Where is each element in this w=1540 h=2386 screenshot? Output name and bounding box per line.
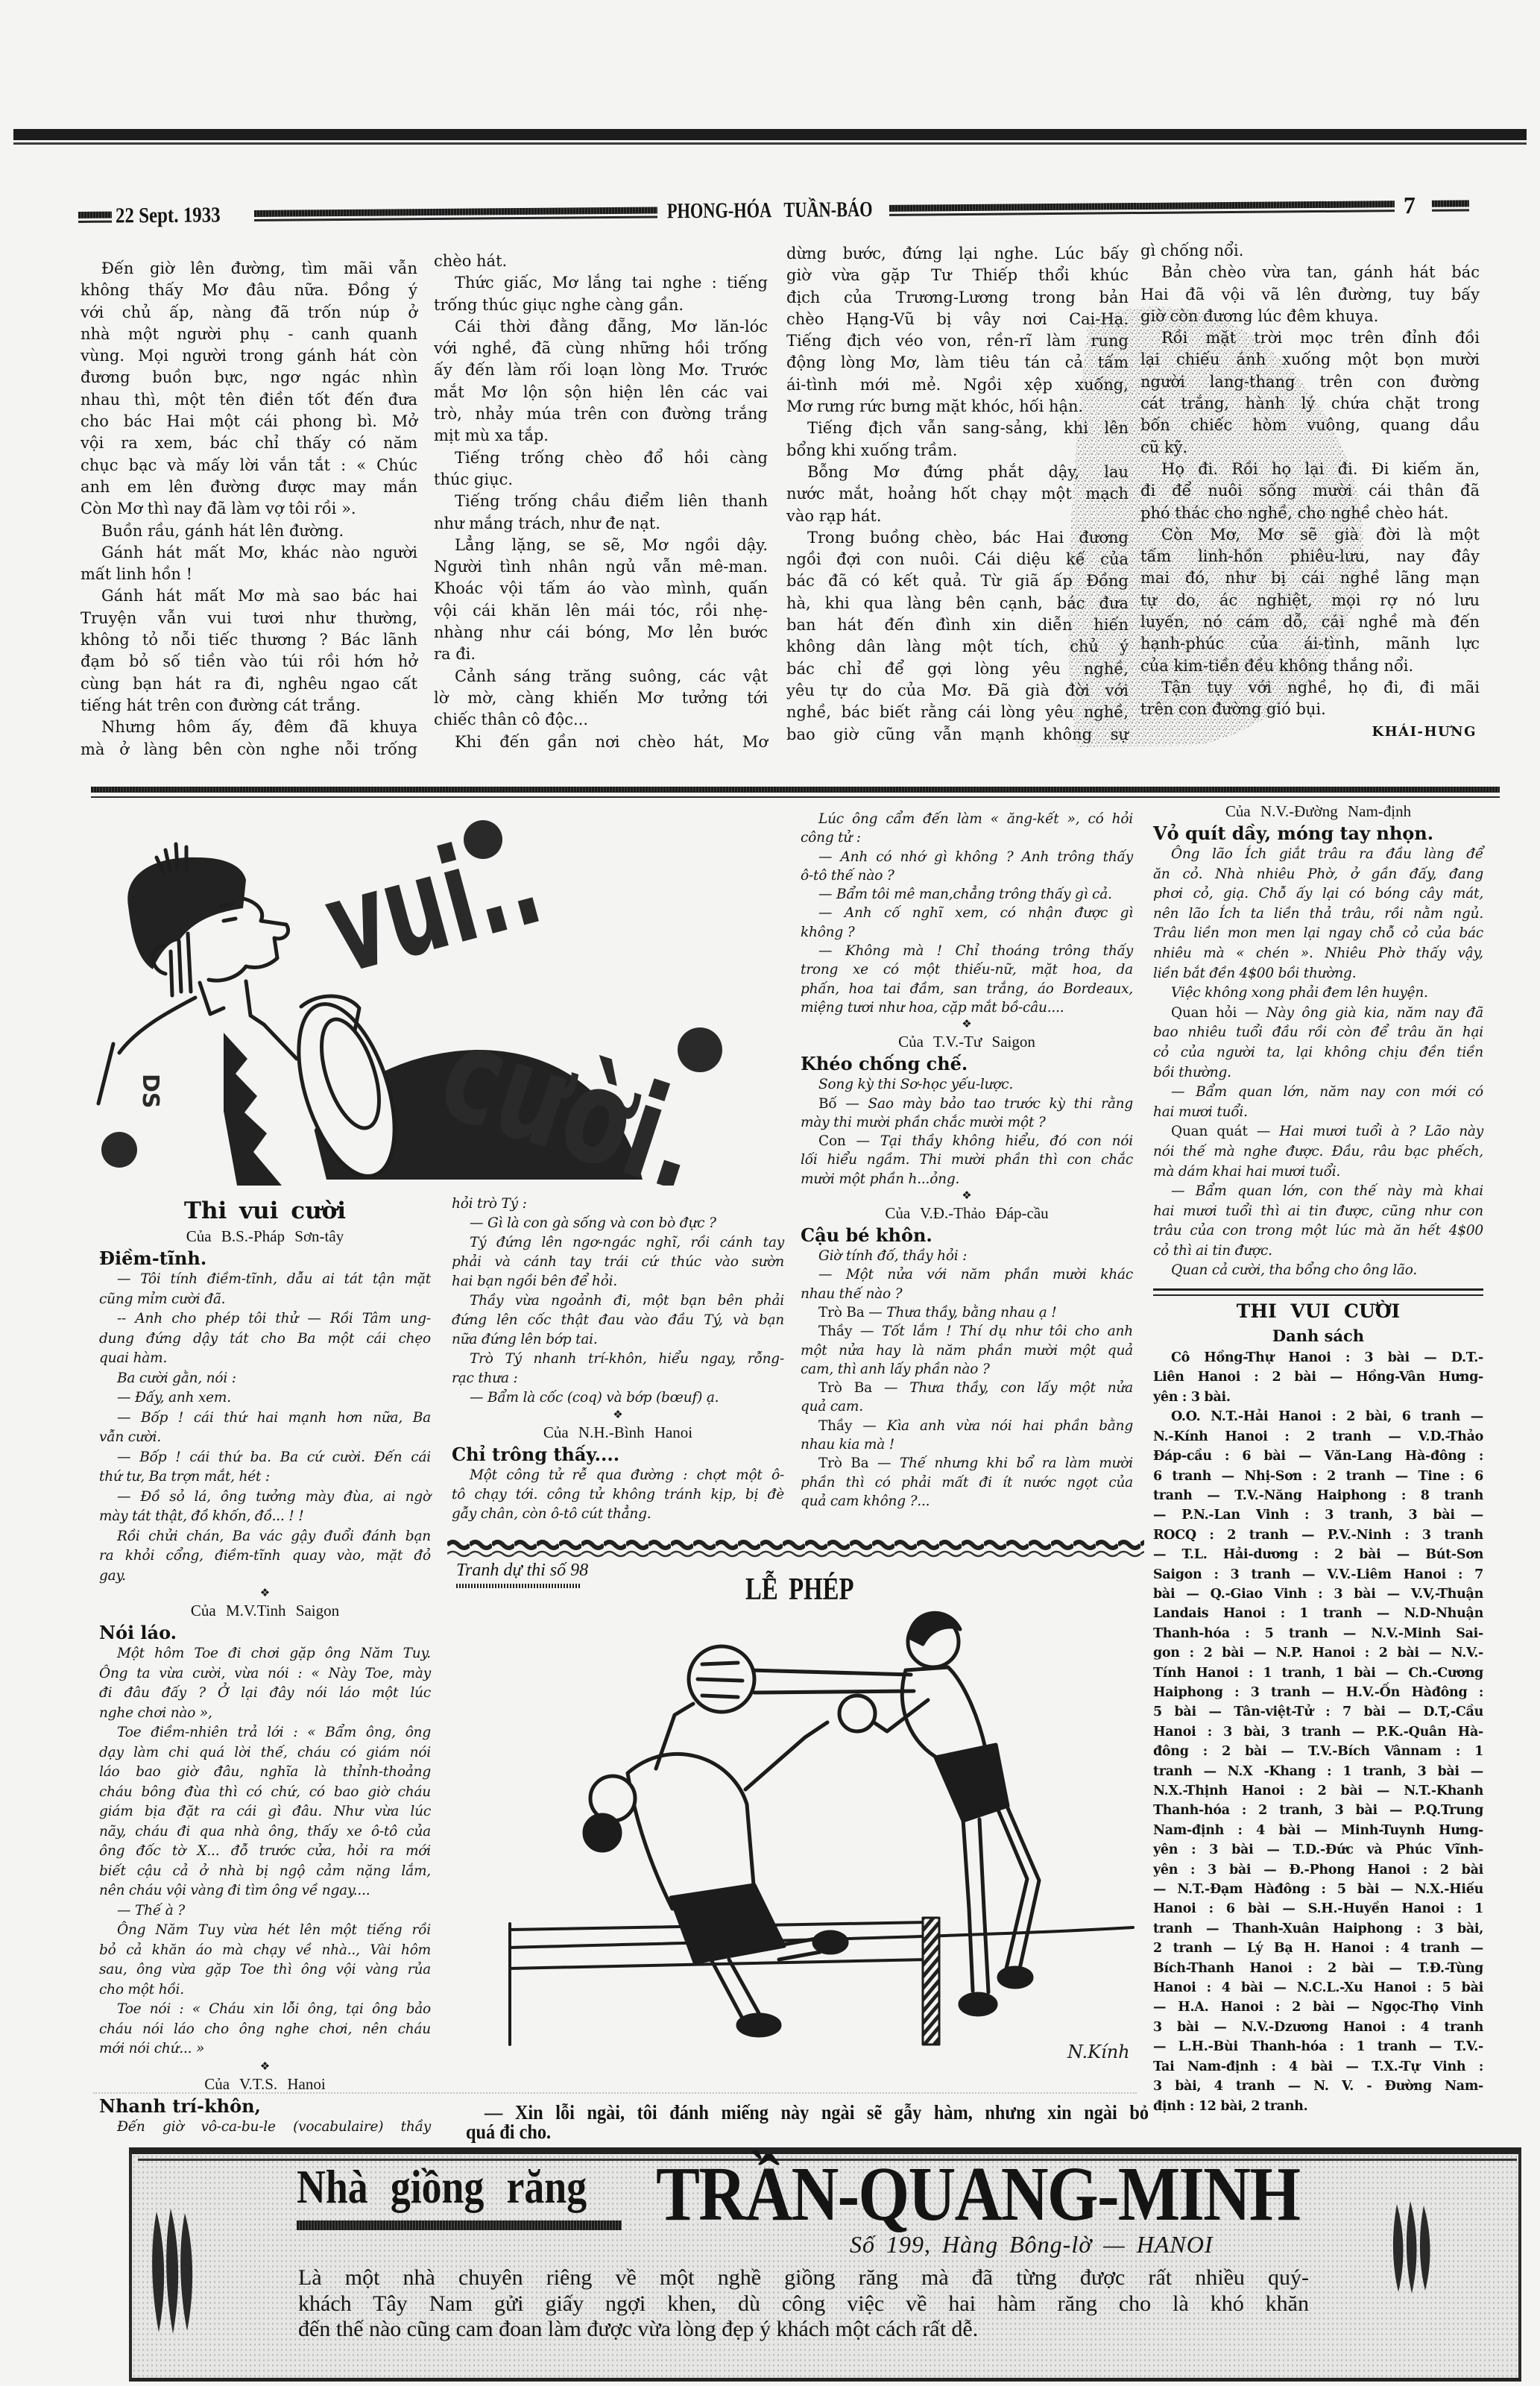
text-line: bồi thường. xyxy=(1153,1063,1483,1083)
text-line: — L.H.-Bùi Thanh-hóa : 1 tranh — T.V.- xyxy=(1153,2037,1483,2056)
joke-paragraph: Rồi chửi chán, Ba vác gậy đuổi đánh bạnr… xyxy=(99,1527,431,1587)
text-line: mới nói chứ... » xyxy=(99,2039,431,2059)
text-line: lờ mờ, càng khiến Mơ tưởng tới xyxy=(434,687,768,709)
text-line: dung đứng dậy tát cho Ba một cái chẹo xyxy=(99,1329,431,1350)
text-line: giám bịa đặt ra cái gì đâu. Như vừa lúc xyxy=(99,1802,431,1822)
text-line: hỏi trò Tý : xyxy=(452,1194,784,1214)
text-line: liền bắt đền 4$00 bồi thường. xyxy=(1153,964,1483,984)
joke-paragraph: — Một nửa với năm phần mười khácnhau thế… xyxy=(801,1265,1133,1303)
text-line: 3 bài — N.V.-Dzương Hanoi : 4 tranh xyxy=(1153,2018,1483,2037)
joke-heading: Điềm-tĩnh. xyxy=(99,1247,431,1270)
text-line: trên con đường gió bụi. xyxy=(1140,699,1480,720)
joke-paragraph: Toe nói : « Cháu xin lỗi ông, tại ông bả… xyxy=(99,2000,431,2059)
text-line: bỏ cả khăn áo mà chạy về nhà.., Vài hôm xyxy=(99,1941,431,1961)
text-line: yêu tự do của Mơ. Đã già đời với xyxy=(786,680,1129,702)
text-line: — N.T.-Đạm Hàđông : 5 bài — N.X.-Hiếu xyxy=(1153,1880,1483,1899)
text-line: Tý đứng lên ngơ-ngác nghĩ, rồi cánh tay xyxy=(452,1233,784,1253)
wavy-divider xyxy=(447,1537,1144,1560)
text-line: tiếng hát trên con đường cát trắng. xyxy=(81,695,417,717)
text-line: — T.L. Hải-dương : 2 bài — Bút-Sơn xyxy=(1153,1545,1483,1564)
text-line: O.O. N.T.-Hải Hanoi : 2 bài, 6 tranh — xyxy=(1153,1407,1483,1426)
text-line: Tiếng địch véo von, rền-rĩ làm rung xyxy=(786,330,1129,352)
byline: Của N.V.-Đường Nam-định xyxy=(1153,800,1483,822)
text-line: tấm linh-hồn phiêu-lưu, nay đây xyxy=(1140,546,1480,567)
joke-paragraph: Thầy — Kìa anh vừa nói hai phần bằngnhau… xyxy=(801,1417,1133,1455)
ornament-icon xyxy=(99,2059,431,2073)
ornament-icon xyxy=(801,1189,1133,1202)
tooth-decoration-icon xyxy=(1386,2200,1439,2297)
text-line: Thanh-hóa : 2 tranh, 3 bài — P.Q.Trung xyxy=(1153,1801,1483,1820)
text-line: phơi cỏ, giạ. Chỗ ấy lại có bóng cây mát… xyxy=(1153,884,1483,904)
story-column-3: dừng bước, đứng lại nghe. Lúc bấygiờ vừa… xyxy=(786,243,1129,746)
story-paragraph: Gánh hát mất Mơ mà sao bác haiTruyện vẫn… xyxy=(81,585,417,717)
vui-cuoi-illustration: vui.. cười. DS xyxy=(89,805,790,1186)
text-line: biết cậu cả ở nhà bị ngộ cảm nặng lắm, xyxy=(99,1862,431,1882)
text-line: cho bác Hai một cái phong bì. Mở xyxy=(81,411,417,432)
text-line: Hanoi : 6 bài — S.H.-Huyền Hanoi : 1 xyxy=(1153,1899,1483,1918)
text-line: địch của Trương-Lương trong bản xyxy=(786,287,1129,309)
boxer-left xyxy=(584,1704,847,2036)
text-line: Một hôm Toe đi chơi gặp ông Năm Tuy. xyxy=(99,1644,431,1664)
text-line: Cái thời đằng đẵng, Mơ lăn-lóc xyxy=(434,316,768,338)
advertisement-body-line: đến thế nào cũng cam đoan làm được vừa l… xyxy=(298,2317,1309,2342)
text-line: đi để nuôi sống mười cái thân đã xyxy=(1140,480,1480,502)
joke-paragraph: — Anh cố nghĩ xem, có nhận được gìkhông … xyxy=(801,904,1133,942)
text-line: bốn chiếc hòm vuông, quang dầu xyxy=(1140,415,1480,436)
text-line: — Bẩm tôi mê man,chẳng trông thấy gì cả. xyxy=(801,885,1133,904)
text-line: Đến giờ vô-ca-bu-le (vocabulaire) thầy xyxy=(99,2118,431,2138)
joke-heading: Chỉ trông thấy.... xyxy=(452,1444,784,1466)
text-line: ông đốc tờ X... đỗ trước cửa, hỏi ra mới xyxy=(99,1842,431,1862)
text-line: phó thác cho nghề, cho nghề chèo hát. xyxy=(1140,503,1480,524)
contest-label-underline xyxy=(456,1584,581,1588)
text-line: quả cam không ?... xyxy=(801,1492,1133,1511)
text-line: gì chống nổi. xyxy=(1140,240,1480,262)
text-line: Rồi chửi chán, Ba vác gậy đuổi đánh bạn xyxy=(99,1527,431,1547)
text-line: quai hàm. xyxy=(99,1349,431,1369)
masthead-rule xyxy=(1432,200,1469,207)
top-border-rule xyxy=(13,129,1527,140)
text-line: Họ đi. Rồi họ lại đi. Đi kiếm ăn, xyxy=(1140,459,1480,480)
page-number: 7 xyxy=(1404,192,1416,218)
byline: Của M.V.Tinh Saigon xyxy=(99,1599,431,1622)
story-paragraph: Nhưng hôm ấy, đêm đã khuyamà ở làng bên … xyxy=(81,717,417,761)
text-line: tự do, ác nghiệt, mọi rợ nó lưu xyxy=(1140,590,1480,611)
text-line: — Bẩm là cốc (coq) và bớp (bœuf) ạ. xyxy=(452,1388,784,1408)
dot-ornament xyxy=(101,1132,137,1168)
contest-label: Tranh dự thi số 98 xyxy=(456,1558,588,1582)
joke-paragraph: — Bốp ! cái thứ hai mạnh hơn nữa, Bavẫn … xyxy=(99,1408,431,1448)
text-line: cũ kỹ. xyxy=(1140,437,1480,459)
text-line: miệng tươi như hoa, cặp mắt bồ-câu.... xyxy=(801,998,1133,1017)
cartoon-frame-line xyxy=(93,2092,1137,2094)
text-line: ái-tình mới mẻ. Ngồi xệp xuống, xyxy=(786,374,1129,396)
humor-column-1: Thi vui cườiCủa B.S.-Pháp Sơn-tâyĐiềm-tĩ… xyxy=(99,1197,431,2137)
text-line: Ba cười gằn, nói : xyxy=(99,1369,431,1389)
text-line: dừng bước, đứng lại nghe. Lúc bấy xyxy=(786,243,1129,265)
text-line: gẫy chân, còn ô-tô cút thẳng. xyxy=(452,1505,784,1524)
joke-paragraph: — Thế à ? xyxy=(99,1901,431,1921)
joke-paragraph: — Bẩm tôi mê man,chẳng trông thấy gì cả. xyxy=(801,885,1133,904)
text-line: cam, thì anh lấy phần nào ? xyxy=(801,1360,1133,1379)
contributor-list: Cô Hồng-Thự Hanoi : 3 bài — D.T.-Liên Ha… xyxy=(1153,1348,1483,1407)
speaker-label: Thầy — xyxy=(818,1418,877,1434)
text-line: không thấy Mơ đâu nữa. Đồng ý xyxy=(81,280,417,301)
text-line: cát trắng, hành lý chứa chặt trong xyxy=(1140,393,1480,415)
story-paragraph: Tiếng địch vẫn sang-sảng, khi lênbổng kh… xyxy=(786,418,1129,462)
text-line: nữa đứng lên bớp tai. xyxy=(452,1330,784,1350)
joke-paragraph: — Không mà ! Chỉ thoáng trông thấytrong … xyxy=(801,942,1133,1017)
joke-paragraph: Tý đứng lên ngơ-ngác nghĩ, rồi cánh tayp… xyxy=(452,1233,784,1291)
text-line: của kim-tiền đều không thắng nổi. xyxy=(1140,655,1480,677)
issue-date: 22 Sept. 1933 xyxy=(116,201,221,229)
text-line: Nhưng hôm ấy, đêm đã khuya xyxy=(81,717,417,738)
story-paragraph: Trong buồng chèo, bác Hai đươngngồi đợi … xyxy=(786,527,1129,746)
text-line: một nửa hay là năm phần mười một quả xyxy=(801,1341,1133,1360)
text-line: tô chạy tới. công tử không tránh kịp, bị… xyxy=(452,1485,784,1505)
joke-paragraph: Trò Ba — Thưa thầy, con lấy một nửaquả c… xyxy=(801,1379,1133,1417)
joke-paragraph: Trò Tý nhanh trí-khôn, hiểu ngay, rỗng-r… xyxy=(452,1350,784,1388)
text-line: tranh — T.V.-Năng Haiphong : 8 tranh xyxy=(1153,1486,1483,1505)
joke-heading: Khéo chống chế. xyxy=(801,1053,1133,1075)
speaker-label: Bố — xyxy=(818,1096,859,1112)
joke-paragraph: Một công tử rễ qua đường : chợt một ô-tô… xyxy=(452,1466,784,1524)
text-line: Buồn rầu, gánh hát lên đường. xyxy=(81,520,417,542)
text-line: hai mươi tuổi. xyxy=(1153,1103,1483,1123)
text-line: lại chiếu ánh xuống một bọn mười xyxy=(1140,349,1480,371)
text-line: Trong buồng chèo, bác Hai đương xyxy=(786,527,1129,549)
joke-paragraph: hỏi trò Tý : xyxy=(452,1194,784,1214)
text-line: — Bẩm quan lớn, năm nay con mới có xyxy=(1153,1083,1483,1103)
text-line: anh em lên đường được may mắn xyxy=(81,476,417,498)
text-line: — Gì là con gà sống và con bò đực ? xyxy=(452,1214,784,1233)
joke-paragraph: Ông lão Ích giắt trâu ra đầu làng đểăn c… xyxy=(1153,845,1483,983)
masthead-rule xyxy=(889,201,1395,212)
text-line: — Bốp ! cái thứ ba. Ba cứ cười. Đến cái xyxy=(99,1448,431,1468)
joke-paragraph: Thầy — Tốt lắm ! Thí dụ như tôi cho anhm… xyxy=(801,1322,1133,1379)
text-line: Tận tụy với nghề, họ đi, đi mãi xyxy=(1140,677,1480,699)
joke-paragraph: Việc không xong phải đem lên huyện. xyxy=(1153,983,1483,1004)
text-line: Khoác vội tấm áo vào mình, quấn xyxy=(434,578,768,599)
story-paragraph: Tiếng trống chầu điểm liên thanhnhư mắng… xyxy=(434,491,768,535)
joke-paragraph: Giờ tính đố, thầy hỏi : xyxy=(801,1247,1133,1265)
text-line: chèo Hạng-Vũ bị vây nơi Cai-Hạ. xyxy=(786,309,1129,330)
cartoon-signature: N.Kính xyxy=(1067,2042,1130,2062)
joke-paragraph: Bố — Sao mày bảo tao trước kỳ thi rằngmà… xyxy=(801,1095,1133,1133)
text-line: gon : 2 bài — N.P. Hanoi : 2 bài — N.V.- xyxy=(1153,1643,1483,1663)
joke-paragraph: Ba cười gằn, nói : xyxy=(99,1369,431,1389)
text-line: nhau thế nào ? xyxy=(801,1285,1133,1303)
byline: Của T.V.-Tư Saigon xyxy=(801,1030,1133,1053)
story-paragraph: Lẳng lặng, se sẽ, Mơ ngồi dậy.Người tình… xyxy=(434,535,768,666)
text-line: mất linh hồn ! xyxy=(81,564,417,585)
text-line: bao nhiêu tuổi đầu rồi còn để trâu ăn hạ… xyxy=(1153,1023,1483,1043)
text-line: chục bạc và mấy lời vắn tắt : « Chúc xyxy=(81,455,417,476)
masthead: 22 Sept. 1933 PHONG-HÓA TUẦN-BÁO 7 xyxy=(75,191,1476,233)
tooth-decoration-icon xyxy=(146,2207,198,2338)
story-paragraph: Gánh hát mất Mơ, khác nào ngườimất linh … xyxy=(81,542,417,586)
advertisement-label-underline xyxy=(297,2220,622,2230)
byline: Của V.Đ.-Thảo Đáp-cầu xyxy=(801,1202,1133,1224)
text-line: Việc không xong phải đem lên huyện. xyxy=(1153,983,1483,1004)
text-line: vẫn cười. xyxy=(99,1428,431,1448)
joke-paragraph: Quan hỏi — Này ông già kia, năm nay đãba… xyxy=(1153,1004,1483,1083)
text-line: N.X.-Thịnh Hanoi : 2 bài — N.T.-Khanh xyxy=(1153,1781,1483,1801)
text-line: Trò Ba — Thưa thầy, bằng nhau ạ ! xyxy=(801,1303,1133,1322)
speaker-label: Quan hỏi — xyxy=(1171,1005,1258,1021)
joke-paragraph: Trò Ba — Thưa thầy, bằng nhau ạ ! xyxy=(801,1303,1133,1322)
story-paragraph: Khi đến gần nơi chèo hát, Mơ xyxy=(434,731,768,753)
top-border-rule-thin xyxy=(13,142,1527,145)
text-line: nghề, bác biết rằng cái lòng yêu nghề, xyxy=(786,702,1129,723)
cartoon-caption-line: quá đi cho. xyxy=(466,2121,667,2142)
text-line: dạy làm chi quá lời thế, cháu có giám nó… xyxy=(99,1743,431,1763)
ornament-icon xyxy=(801,1017,1133,1030)
story-paragraph: chèo hát. xyxy=(434,251,768,272)
text-line: công tử : xyxy=(801,828,1133,847)
text-line: Nam-định : 4 bài — Minh-Tuynh Hưng- xyxy=(1153,1821,1483,1840)
text-line: trống thúc giục nghe càng gần. xyxy=(434,295,768,316)
joke-paragraph: Ông Năm Tuy vừa hét lên một tiếng rồibỏ … xyxy=(99,1921,431,2000)
text-line: Lẳng lặng, se sẽ, Mơ ngồi dậy. xyxy=(434,535,768,556)
dot-ornament xyxy=(678,1027,722,1072)
text-line: mịt mù xa tắp. xyxy=(434,425,768,447)
text-line: nhau kia mà ! xyxy=(801,1435,1133,1454)
section-divider-thin xyxy=(91,796,1500,798)
speaker-label: Trò Ba — xyxy=(818,1305,883,1321)
story-paragraph: Cảnh sáng trăng suông, các vậtlờ mờ, càn… xyxy=(434,666,768,731)
text-line: — Bốp ! cái thứ hai mạnh hơn nữa, Ba xyxy=(99,1408,431,1429)
text-line: Ông Năm Tuy vừa hét lên một tiếng rồi xyxy=(99,1921,431,1941)
text-line: Thầy — Kìa anh vừa nói hai phần bằng xyxy=(801,1417,1133,1435)
text-line: Đến giờ lên đường, tìm mãi vẫn xyxy=(81,258,417,280)
text-line: nên cháu vội vàng đi tìm ông về ngay.... xyxy=(99,1881,431,1901)
text-line: vội cái khăn lên mái tóc, rồi nhẹ- xyxy=(434,600,768,622)
text-line: 2 tranh — Lý Bạ H. Hanoi : 4 tranh — xyxy=(1153,1939,1483,1958)
joke-heading: Nhanh trí-khôn, xyxy=(99,2095,431,2118)
text-line: với chủ ấp, nàng đã trốn núp ở xyxy=(81,302,417,324)
joke-paragraph: — Bẩm là cốc (coq) và bớp (bœuf) ạ. xyxy=(452,1388,784,1408)
text-line: mày thi mười phần chắc mười một ? xyxy=(801,1113,1133,1132)
text-line: -- Anh cho phép tôi thử — Rồi Tâm ung- xyxy=(99,1309,431,1329)
text-line: định : 12 bài, 2 tranh. xyxy=(1153,2097,1483,2116)
text-line: giờ vừa gặp Tư Thiếp thổi khúc xyxy=(786,265,1129,286)
text-line: sau, ông vừa gặp Toe thì ông vội vàng rủ… xyxy=(99,1960,431,1980)
text-line: Trò Ba — Thế nhưng khi bổ ra làm mười xyxy=(801,1454,1133,1473)
text-line: với nghề, đã cùng những hồi trống xyxy=(434,338,768,359)
text-line: nhà một người phụ - canh quanh xyxy=(81,324,417,345)
text-line: nghe chơi nào », xyxy=(99,1704,431,1724)
story-paragraph: Rồi mặt trời mọc trên đỉnh đồilại chiếu … xyxy=(1140,327,1480,459)
speaker-label: Thầy — xyxy=(818,1323,874,1339)
text-line: — Anh có nhớ gì không ? Anh trông thấy xyxy=(801,848,1133,866)
text-line: quả cam. xyxy=(801,1397,1133,1416)
text-line: Thức giấc, Mơ lắng tai nghe : tiếng xyxy=(434,272,768,294)
list-title: THI VUI CƯỜI xyxy=(1153,1299,1483,1324)
text-line: vùng. Mọi người trong gánh hát còn xyxy=(81,345,417,367)
text-line: luyến, nó cám dỗ, cái nghề mà đến xyxy=(1140,611,1480,633)
text-line: Trò Tý nhanh trí-khôn, hiểu ngay, rỗng- xyxy=(452,1350,784,1369)
story-paragraph: Thức giấc, Mơ lắng tai nghe : tiếngtrống… xyxy=(434,272,768,316)
contributor-list: O.O. N.T.-Hải Hanoi : 2 bài, 6 tranh —N.… xyxy=(1153,1407,1483,2116)
text-line: ấy đến làm rối loạn lòng Mơ. Trước xyxy=(434,359,768,381)
advertisement-body-line: Là một nhà chuyên riêng về một nghề giồn… xyxy=(298,2265,1309,2291)
story-paragraph: Bản chèo vừa tan, gánh hát bácHai đã vội… xyxy=(1140,262,1480,327)
text-line: phải và cánh tay trái cứ thúc vào sườn xyxy=(452,1253,784,1272)
joke-paragraph: Con — Tại thầy không hiểu, đó con nóilối… xyxy=(801,1132,1133,1189)
joke-paragraph: — Bẩm quan lớn, năm nay con mới cóhai mư… xyxy=(1153,1083,1483,1122)
joke-paragraph: Thầy vừa ngoảnh đi, một bạn bên phảiđứng… xyxy=(452,1291,784,1350)
text-line: Gánh hát mất Mơ mà sao bác hai xyxy=(81,585,417,607)
boxing-cartoon: N.Kính xyxy=(447,1596,1148,2080)
illustration-word-vui: vui.. xyxy=(311,805,555,1004)
story-paragraph: gì chống nổi. xyxy=(1140,240,1480,262)
text-line: Bản chèo vừa tan, gánh hát bác xyxy=(1140,262,1480,283)
text-line: nước mắt, hoảng hốt chạy một mạch xyxy=(786,483,1129,505)
text-line: Saigon : 3 tranh — V.V.-Liêm Hanoi : 7 xyxy=(1153,1565,1483,1584)
text-line: rạc thưa : xyxy=(452,1369,784,1388)
text-line: chèo hát. xyxy=(434,251,768,272)
line-text: Tốt lắm ! Thí dụ như tôi cho anh xyxy=(882,1323,1133,1339)
byline: Của N.H.-Bình Hanoi xyxy=(452,1421,784,1444)
text-line: giờ còn đương lúc đêm khuya. xyxy=(1140,306,1480,327)
text-line: Truyện vẫn vui tươi như thường, xyxy=(81,608,417,629)
text-line: trâu của con trong một lúc mà ăn hết 4$0… xyxy=(1153,1221,1483,1241)
joke-paragraph: Trò Ba — Thế nhưng khi bổ ra làm mườiphầ… xyxy=(801,1454,1133,1511)
text-line: Rồi mặt trời mọc trên đỉnh đồi xyxy=(1140,327,1480,349)
text-line: Bỗng Mơ đứng phắt dậy, lau xyxy=(786,462,1129,483)
speaker-label: Trò Ba — xyxy=(818,1380,897,1396)
text-line: yên : 3 bài. xyxy=(1153,1388,1483,1407)
story-paragraph: dừng bước, đứng lại nghe. Lúc bấygiờ vừa… xyxy=(786,243,1129,418)
story-column-2: chèo hát.Thức giấc, Mơ lắng tai nghe : t… xyxy=(434,251,768,753)
text-line: đương buồn bực, ngơ ngác nhìn xyxy=(81,367,417,388)
speaker-label: Quan quát — xyxy=(1171,1124,1270,1139)
text-line: Bích-Thanh Hanoi : 2 bài — T.Đ.-Tùng xyxy=(1153,1959,1483,1978)
text-line: người lang-thang trên con đường xyxy=(1140,371,1480,393)
advertisement-business-name: TRẦN-QUANG-MINH xyxy=(656,2156,1299,2233)
text-line: ban hát đến đình xin diễn hiến xyxy=(786,614,1129,636)
text-line: không dân làng một tích, chủ ý xyxy=(786,636,1129,658)
text-line: láo bao giờ đâu, nghĩa là thỉnh-thoảng xyxy=(99,1763,431,1783)
text-line: phấn, hoa tai đầm, san trắng, áo Bordeau… xyxy=(801,980,1133,998)
publication-title: PHONG-HÓA TUẦN-BÁO xyxy=(667,196,873,224)
ornament-icon xyxy=(99,1586,431,1599)
joke-paragraph: — Đấy, anh xem. xyxy=(99,1388,431,1408)
text-line: Hanoi : 4 bài — N.C.L.-Xu Hanoi : 5 bài xyxy=(1153,1978,1483,1998)
line-text: Thưa thầy, con lấy một nửa xyxy=(909,1380,1133,1396)
text-line: Lúc ông cẩm đến làm « ăng-kết », có hỏi xyxy=(801,810,1133,828)
text-line: bài — Q.-Giao Vinh : 3 bài — V.V,-Thuận xyxy=(1153,1584,1483,1604)
speaker-label: Con — xyxy=(818,1133,870,1149)
dot-ornament xyxy=(464,820,502,859)
story-paragraph: Buồn rầu, gánh hát lên đường. xyxy=(81,520,417,542)
double-rule-divider xyxy=(1153,1288,1483,1296)
text-line: Toe nói : « Cháu xin lỗi ông, tại ông bả… xyxy=(99,2000,431,2020)
joke-paragraph: — Gì là con gà sống và con bò đực ? xyxy=(452,1214,784,1233)
text-line: Landais Hanoi : 1 tranh — N.D-Nhuận xyxy=(1153,1604,1483,1623)
text-line: phần thì có phải mất đi ít nước ngọt của xyxy=(801,1473,1133,1492)
line-text: Hai mươi tuổi à ? Lão này xyxy=(1279,1124,1483,1139)
joke-paragraph: — Tôi tính điềm-tĩnh, dẫu ai tát tận mặt… xyxy=(99,1270,431,1309)
cartoon-caption-line: — Xin lỗi ngài, tôi đánh miếng này ngài … xyxy=(485,2102,1149,2123)
text-line: bổng khi xuống trầm. xyxy=(786,440,1129,462)
joke-paragraph: Một hôm Toe đi chơi gặp ông Năm Tuy.Ông … xyxy=(99,1644,431,1723)
story-column-4: gì chống nổi.Bản chèo vừa tan, gánh hát … xyxy=(1140,240,1480,743)
text-line: cỏ của người ta, lại không chịu đền tiền xyxy=(1153,1043,1483,1063)
text-line: Giờ tính đố, thầy hỏi : xyxy=(801,1247,1133,1265)
text-line: cũng mỉm cười đã. xyxy=(99,1290,431,1310)
text-line: mắt Mơ lộn sộn hiện lên các vai xyxy=(434,382,768,403)
text-line: yên : 3 bài — T.D.-Đức và Phúc Vĩnh- xyxy=(1153,1840,1483,1860)
text-line: ăn cỏ. Nhà nhiêu Phờ, ở gần đấy, đang xyxy=(1153,865,1483,885)
joke-paragraph: Quan quát — Hai mươi tuổi à ? Lão nàynói… xyxy=(1153,1122,1483,1182)
line-text: Này ông già kia, năm nay đã xyxy=(1266,1005,1483,1021)
text-line: không tỏ nỗi tiếc thương ? Bác lãnh xyxy=(81,629,417,651)
text-line: mai đó, như bị cái nghề lãng mạn xyxy=(1140,567,1480,589)
text-line: Liên Hanoi : 2 bài — Hồng-Vân Hưng- xyxy=(1153,1367,1483,1387)
joke-paragraph: Song kỳ thi Sơ-học yếu-lược. xyxy=(801,1075,1133,1094)
text-line: nhàng như cái bóng, Mơ lẻn bước xyxy=(434,622,768,643)
text-line: Thầy vừa ngoảnh đi, một bạn bên phải xyxy=(452,1291,784,1311)
text-line: — Thế à ? xyxy=(99,1901,431,1921)
joke-paragraph: Quan cả cười, tha bổng cho ông lão. xyxy=(1153,1261,1483,1281)
text-line: ô-tô thế nào ? xyxy=(801,866,1133,885)
masthead-rule xyxy=(254,207,657,217)
text-line: ngồi đợi con nuôi. Cái diệu kế của xyxy=(786,549,1129,570)
joke-heading: Cậu bé khôn. xyxy=(801,1224,1133,1247)
author-signature: KHÁI-HƯNG xyxy=(1140,721,1480,743)
text-line: cháu nói láo cho ông nghe chơi, nên cháu xyxy=(99,2020,431,2040)
text-line: Haiphong : 3 tranh — H.V.-Ốn Hàđông : xyxy=(1153,1683,1483,1702)
story-paragraph: Còn Mơ, Mơ sẽ già đời là mộttấm linh-hồn… xyxy=(1140,524,1480,677)
text-line: ra khỏi cổng, điềm-tĩnh quay vào, mặt đỏ xyxy=(99,1546,431,1567)
line-text: Kìa anh vừa nói hai phần bằng xyxy=(887,1418,1133,1434)
text-line: chiếc thân cô độc... xyxy=(434,709,768,731)
text-line: ROCQ : 2 tranh — P.V.-Ninh : 3 tranh xyxy=(1153,1526,1483,1545)
text-line: Tiếng trống chầu điểm liên thanh xyxy=(434,491,768,512)
story-paragraph: Bỗng Mơ đứng phắt dậy, launước mắt, hoản… xyxy=(786,462,1129,527)
text-line: Người tình nhân ngủ vẫn mê-man. xyxy=(434,556,768,578)
text-line: mà ở làng bên còn nghe nỗi trống xyxy=(81,739,417,761)
text-line: Thanh-hóa : 5 tranh — N.V.-Minh Sai- xyxy=(1153,1624,1483,1643)
text-line: Còn Mơ thì nay đã làm vợ tôi rồi ». xyxy=(81,498,417,520)
section-divider xyxy=(91,787,1500,793)
text-line: đạm bỏ số tiền vào túi rồi hớn hở xyxy=(81,651,417,673)
line-text: Thế nhưng khi bổ ra làm mười xyxy=(900,1455,1133,1471)
joke-heading: Nói láo. xyxy=(99,1622,431,1644)
humor-column-3: Lúc ông cẩm đến làm « ăng-kết », có hỏic… xyxy=(801,810,1133,1511)
text-line: như mắng trách, như đe nạt. xyxy=(434,513,768,535)
text-line: Toe điềm-nhiên trả lới : « Bẩm ông, ông xyxy=(99,1723,431,1743)
section-title: Thi vui cười xyxy=(99,1197,431,1225)
joke-paragraph: — Bốp ! cái thứ ba. Ba cứ cười. Đến cáit… xyxy=(99,1448,431,1488)
humor-column-4: Của N.V.-Đường Nam-địnhVỏ quít dầy, móng… xyxy=(1153,800,1483,2116)
story-column-1: Đến giờ lên đường, tìm mãi vẫnkhông thấy… xyxy=(81,258,417,761)
text-line: hai bạn ngồi bên để hỏi. xyxy=(452,1272,784,1291)
joke-paragraph: Toe điềm-nhiên trả lới : « Bẩm ông, ôngd… xyxy=(99,1723,431,1901)
text-line: Khi đến gần nơi chèo hát, Mơ xyxy=(434,731,768,753)
text-line: hạnh-phúc của ái-tình, mãnh lực xyxy=(1140,633,1480,655)
text-line: vào rạp hát. xyxy=(786,506,1129,527)
text-line: Mơ rưng rức bưng mặt khóc, hối hận. xyxy=(786,396,1129,418)
text-line: trò, nhảy múa trên con đường trắng xyxy=(434,403,768,425)
joke-heading: Vỏ quít dầy, móng tay nhọn. xyxy=(1153,822,1483,845)
text-line: — Anh cố nghĩ xem, có nhận được gì xyxy=(801,904,1133,922)
text-line: mười một phần h...ỏng. xyxy=(801,1170,1133,1189)
text-line: đông : 2 bài — T.V.-Bích Vânnam : 1 xyxy=(1153,1742,1483,1761)
text-line: cùng bạn hát ra đi, nghêu ngao cất xyxy=(81,673,417,695)
